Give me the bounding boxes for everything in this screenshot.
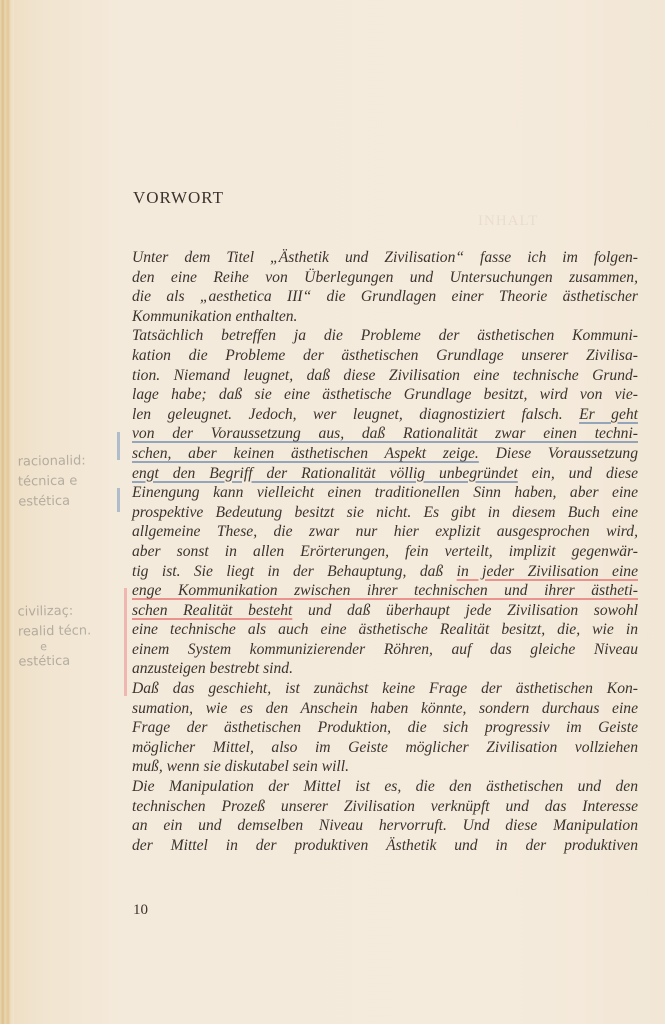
blue-underline-annotation: Er geht xyxy=(579,406,638,423)
text-span: ein, und diese xyxy=(518,465,638,482)
note-line: civilizaç: xyxy=(17,601,91,622)
chapter-heading: VORWORT xyxy=(133,188,224,208)
red-underline-annotation: in jeder Zivilisation eine xyxy=(457,563,638,580)
text-line: Unter dem Titel „Ästhetik und Zivilisati… xyxy=(132,248,638,268)
margin-note: civilizaç: realid técn. e estética xyxy=(17,601,91,672)
bleed-through-heading: INHALT xyxy=(478,213,538,230)
blue-underline-annotation: engt den Begriff der Rationalität völlig… xyxy=(132,465,518,482)
blue-margin-bar xyxy=(117,488,120,512)
blue-underlined-line: von der Voraussetzung aus, daß Rationali… xyxy=(132,424,638,444)
text-line: lage habe; daß sie eine ästhetische Grun… xyxy=(132,385,638,405)
red-underline-annotation: schen Realität besteht xyxy=(132,602,292,619)
text-line: Frage der ästhetischen Produktion, die s… xyxy=(132,718,638,738)
text-line: Die Manipulation der Mittel ist es, die … xyxy=(132,777,638,797)
text-line: len geleugnet. Jedoch, wer leugnet, diag… xyxy=(132,405,638,425)
text-line: den eine Reihe von Überlegungen und Unte… xyxy=(132,268,638,288)
red-margin-bar xyxy=(124,588,127,696)
text-line: Tatsächlich betreffen ja die Probleme de… xyxy=(132,326,638,346)
text-line: Daß das geschieht, ist zunächst keine Fr… xyxy=(132,679,638,699)
blue-underline-annotation: schen, aber keinen ästhetischen Aspekt z… xyxy=(132,445,479,462)
text-line: an ein und demselben Niveau hervorruft. … xyxy=(132,816,638,836)
body-text: Unter dem Titel „Ästhetik und Zivilisati… xyxy=(132,248,638,855)
text-line: muß, wenn sie diskutabel sein will. xyxy=(132,757,638,777)
blue-margin-bar xyxy=(117,432,120,460)
red-underlined-line: enge Kommunikation zwischen ihrer techni… xyxy=(132,581,638,601)
margin-note: racionalid: técnica e estética xyxy=(17,451,86,512)
text-span: und daß überhaupt jede Zivilisation sowo… xyxy=(292,602,638,619)
text-span: len geleugnet. Jedoch, wer leugnet, diag… xyxy=(132,406,579,423)
note-line: estética xyxy=(18,491,86,512)
text-line: eine technische als auch eine ästhetisch… xyxy=(132,620,638,640)
note-line: técnica e xyxy=(18,471,86,492)
text-line: tig ist. Sie liegt in der Behauptung, da… xyxy=(132,562,638,582)
text-line: die als „aesthetica III“ die Grundlagen … xyxy=(132,287,638,307)
text-line: technischen Prozeß unserer Zivilisation … xyxy=(132,797,638,817)
text-line: aber sonst in allen Erörterungen, fein v… xyxy=(132,542,638,562)
text-line: engt den Begriff der Rationalität völlig… xyxy=(132,464,638,484)
text-line: schen Realität besteht und daß überhaupt… xyxy=(132,601,638,621)
text-line: Einengung kann vielleicht einen traditio… xyxy=(132,483,638,503)
text-span: Diese Voraussetzung xyxy=(479,445,638,462)
note-line: realid técn. xyxy=(18,621,92,642)
text-line: der Mittel in der produktiven Ästhetik u… xyxy=(132,836,638,856)
text-line: sumation, wie es den Anschein haben könn… xyxy=(132,699,638,719)
book-spine-edge xyxy=(0,0,14,1024)
note-line: estética xyxy=(18,651,92,672)
text-line: möglicher Mittel, also im Geiste möglich… xyxy=(132,738,638,758)
text-line: anzusteigen bestrebt sind. xyxy=(132,659,638,679)
text-span: tig ist. Sie liegt in der Behauptung, da… xyxy=(132,563,457,580)
text-line: Kommunikation enthalten. xyxy=(132,307,638,327)
text-line: schen, aber keinen ästhetischen Aspekt z… xyxy=(132,444,638,464)
book-page: VORWORT INHALT Unter dem Titel „Ästhetik… xyxy=(0,0,665,1024)
text-line: allgemeine These, die zwar nur hier expl… xyxy=(132,522,638,542)
text-line: prospektive Bedeutung besitzt sie nicht.… xyxy=(132,503,638,523)
text-line: einem System kommunizierender Röhren, au… xyxy=(132,640,638,660)
page-number: 10 xyxy=(133,902,148,919)
note-line: racionalid: xyxy=(17,451,85,472)
text-line: kation die Probleme der ästhetischen Gru… xyxy=(132,346,638,366)
text-line: tion. Niemand leugnet, daß diese Zivilis… xyxy=(132,366,638,386)
